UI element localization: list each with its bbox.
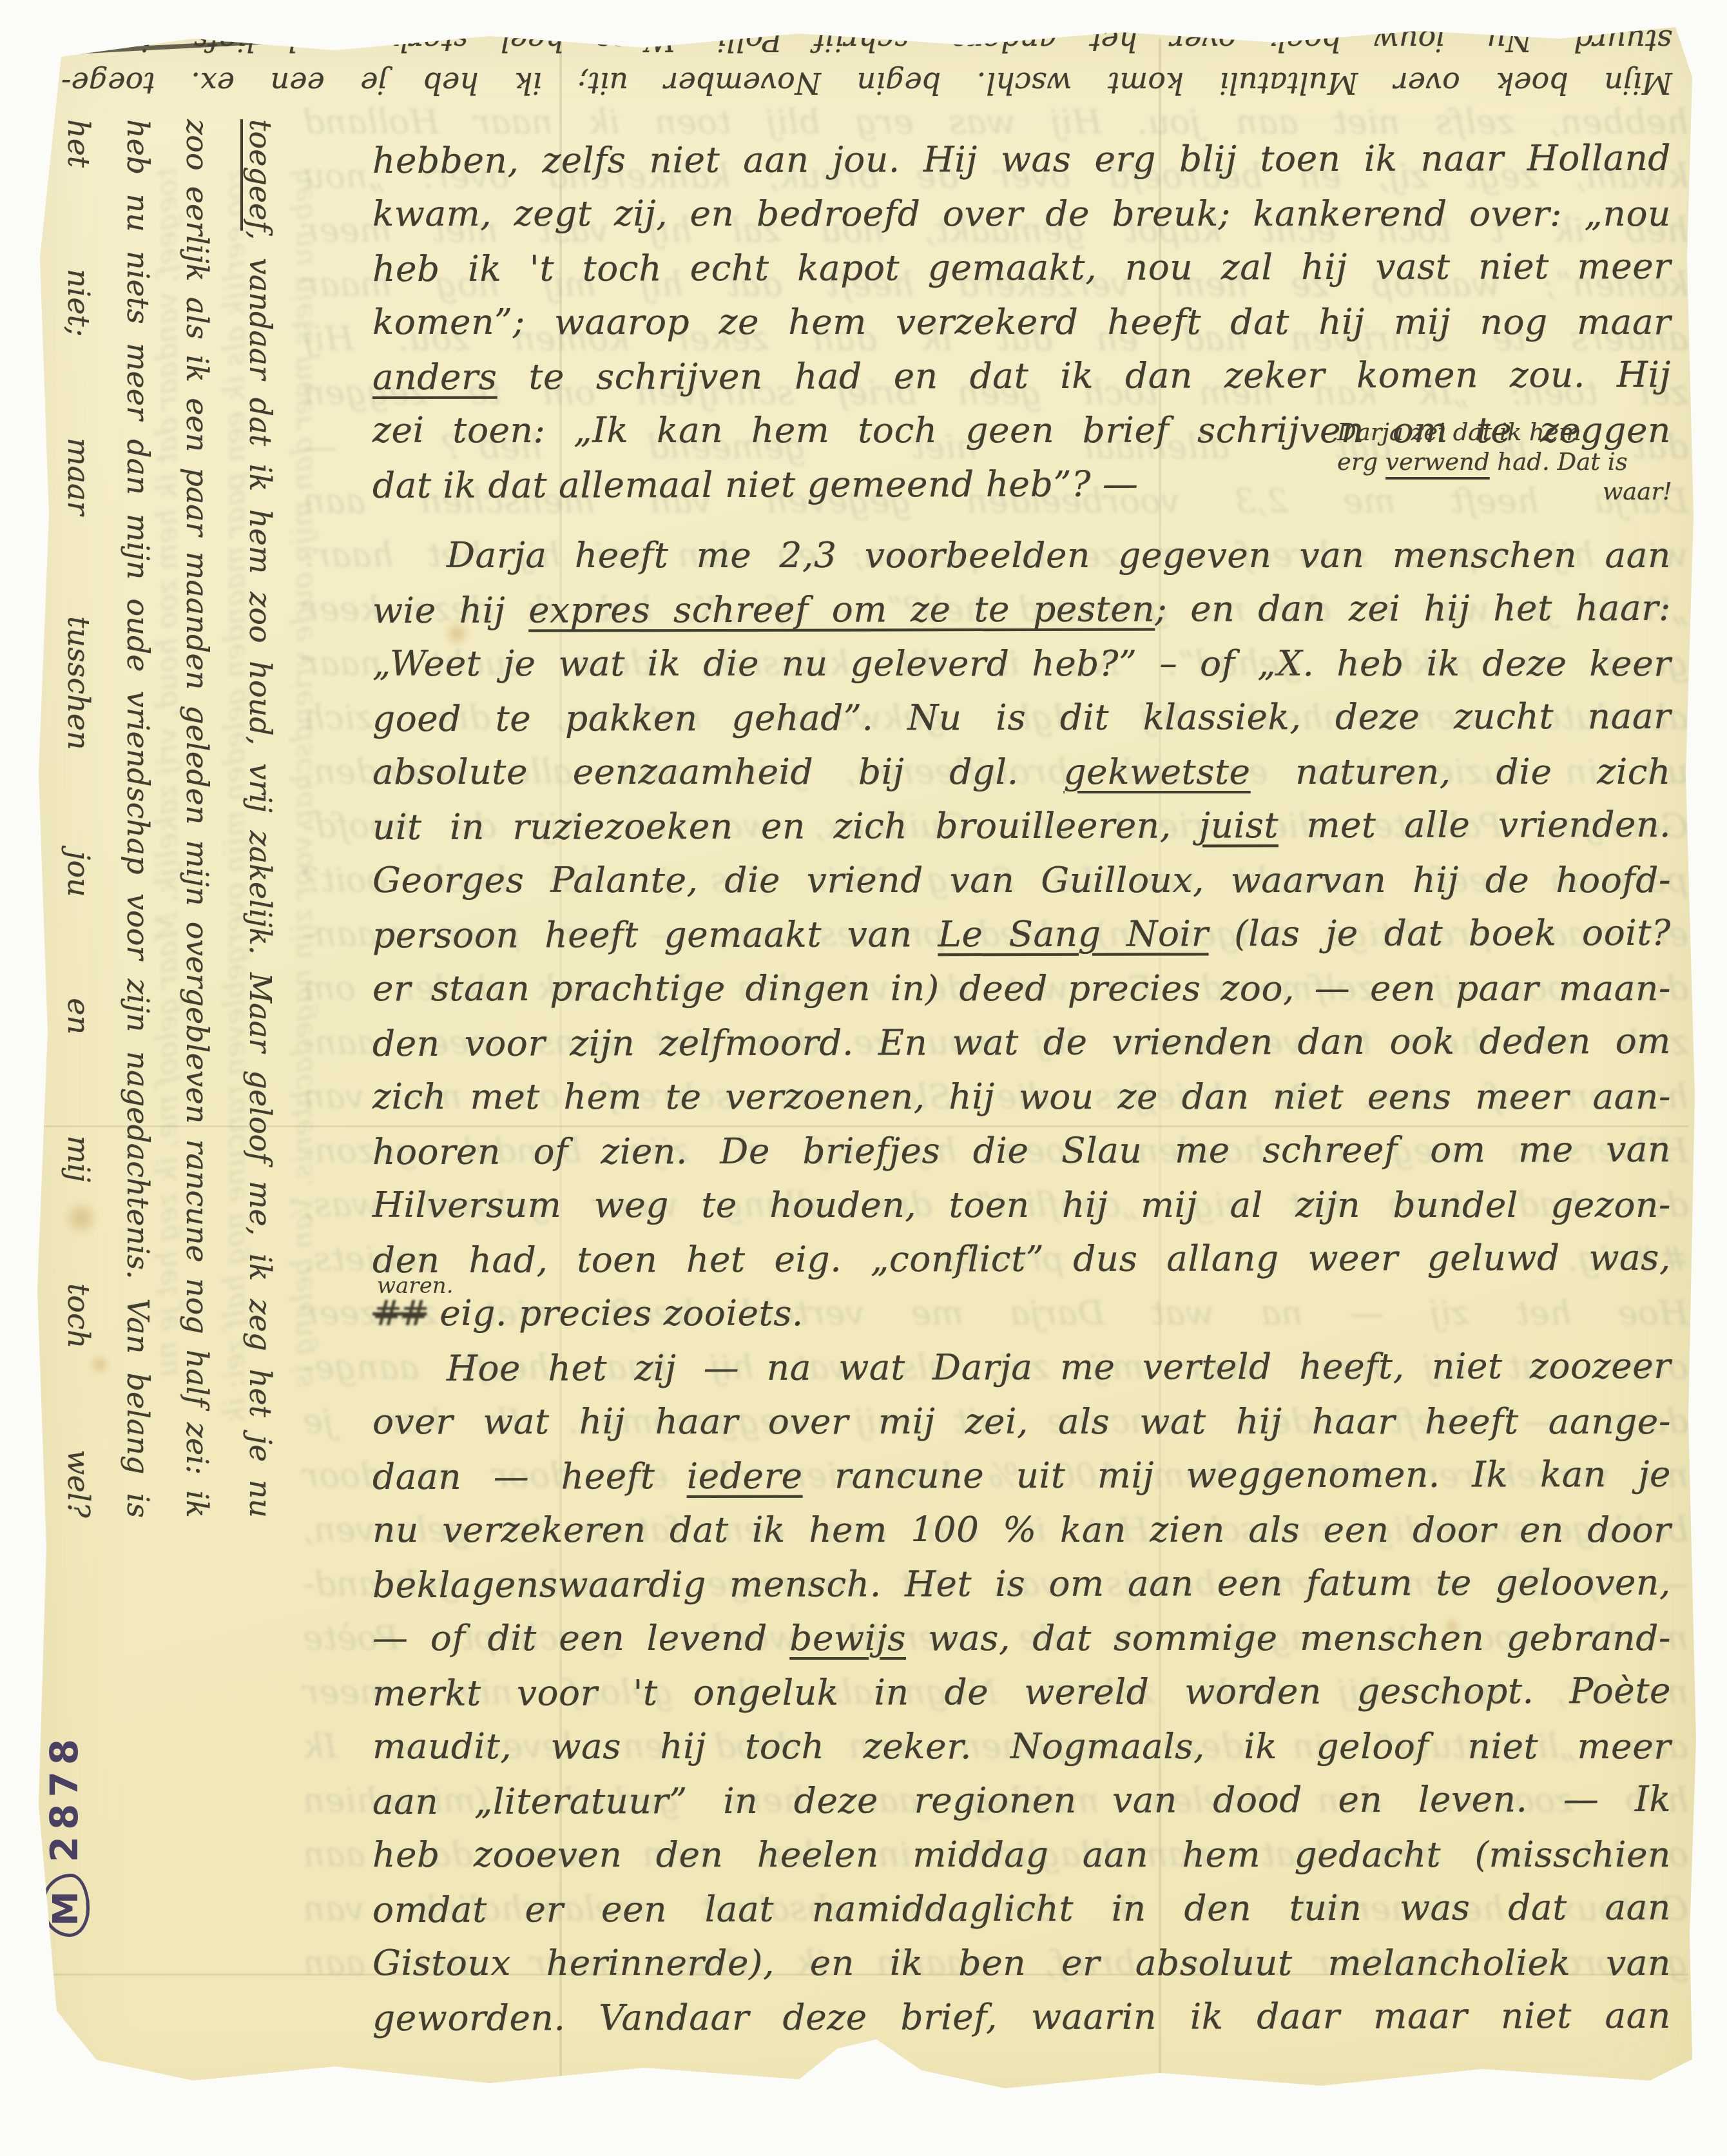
interlinear-note: Darja zei dat ik hemerg verwend had. Dat… xyxy=(1337,418,1708,507)
letter-line-30: maudit, was hij toch zeker. Nogmaals, ik… xyxy=(372,1719,1671,1773)
text-segment: maudit, was hij toch zeker. Nogmaals, ik… xyxy=(372,1725,1671,1767)
text-segment: naturen, die zich xyxy=(1251,751,1671,792)
underlined-phrase: verwend xyxy=(1385,448,1490,476)
text-segment: goed te pakken gehad”. Nu is dit klassie… xyxy=(372,695,1671,739)
letter-line-34: Gistoux herinnerde), en ik ben er absolu… xyxy=(372,1936,1671,1990)
text-segment: heb nu niets meer dan mijn oude vriendsc… xyxy=(121,119,155,1518)
text-segment: te schrijven had en dat ik dan zeker kom… xyxy=(497,354,1671,398)
letter-line-12: absolute eenzaamheid bij dgl. gekwetste … xyxy=(372,744,1671,799)
letter-line-32: heb zooeven den heelen middag aan hem ge… xyxy=(372,1827,1671,1881)
letter-line-23: Hoe het zij — na wat Darja me verteld he… xyxy=(372,1339,1671,1395)
letter-line-18: zich met hem te verzoenen, hij wou ze da… xyxy=(372,1069,1671,1123)
text-segment: den had, toen het eig. „conflict” dus al… xyxy=(372,1237,1671,1281)
underlined-phrase: expres schreef om ze te pesten xyxy=(528,588,1155,631)
text-segment: wie hij xyxy=(372,590,528,632)
text-segment: absolute eenzaamheid bij dgl. xyxy=(372,751,1063,792)
text-segment: erg xyxy=(1337,448,1385,476)
archive-stamp-monogram: M xyxy=(42,1874,90,1937)
text-segment: komen”; waarop ze hem verzekerd heeft da… xyxy=(372,301,1671,342)
archive-stamp: M2878 xyxy=(37,1544,92,1937)
letter-line-28: — of dit een levend bewijs was, dat somm… xyxy=(372,1611,1671,1665)
left-margin-line-1: toegeef, vandaar dat ik hem zoo houd, vr… xyxy=(231,119,290,1518)
text-segment: — of dit een levend xyxy=(372,1617,789,1658)
text-segment: zich met hem te verzoenen, hij wou ze da… xyxy=(372,1076,1671,1117)
text-segment: aan „literatuur” in deze regionen van do… xyxy=(372,1778,1671,1822)
left-margin-line-2: zoo eerlijk als ik een paar maanden gele… xyxy=(168,119,227,1518)
interlinear-note-line-2: erg verwend had. Dat is xyxy=(1337,447,1708,477)
text-segment: hebben, zelfs niet aan jou. Hij was erg … xyxy=(372,137,1671,181)
letter-line-25: daan — heeft iedere rancune uit mij wegg… xyxy=(372,1447,1671,1504)
letter-line-26: nu verzekeren dat ik hem 100 % kan zien … xyxy=(372,1502,1671,1557)
letter-line-5: anders te schrijven had en dat ik dan ze… xyxy=(372,347,1671,404)
archive-stamp-number: 2878 xyxy=(43,1733,86,1862)
letter-line-4: komen”; waarop ze hem verzekerd heeft da… xyxy=(372,295,1671,349)
text-segment: persoon heeft gemaakt van xyxy=(372,913,938,956)
text-segment: Hilversum weg te houden, toen hij mij al… xyxy=(372,1184,1671,1225)
letter-line-10: „Weet je wat ik die nu geleverd heb?” – … xyxy=(372,636,1671,690)
interlinear-note-line-1: Darja zei dat ik hem xyxy=(1337,418,1708,447)
text-segment: met alle vrienden. xyxy=(1278,804,1671,846)
text-segment: merkt voor 't ongeluk in de wereld worde… xyxy=(372,1670,1671,1714)
text-segment: , vandaar dat ik hem zoo houd, vrij zake… xyxy=(243,231,278,1518)
letter-line-33: omdat er een laat namiddaglicht in den t… xyxy=(372,1880,1671,1937)
text-segment: ; en dan zei hij het haar: xyxy=(1155,587,1671,630)
interlinear-note-line-3: waar! xyxy=(1337,477,1708,507)
text-segment: hooren of zien. De briefjes die Slau me … xyxy=(372,1129,1671,1172)
text-segment: den voor zijn zelfmoord. En wat de vrien… xyxy=(372,1020,1671,1064)
letter-line-35: geworden. Vandaar deze brief, waarin ik … xyxy=(372,1988,1671,2045)
text-segment: Georges Palante, die vriend van Guilloux… xyxy=(372,859,1671,900)
letter-line-29: merkt voor 't ongeluk in de wereld worde… xyxy=(372,1664,1671,1720)
letter-line-22: ##eig. precies zooiets. xyxy=(372,1286,1671,1340)
top-margin-note-inner: Mijn boek over Multatuli komt wschl. beg… xyxy=(61,62,1672,104)
underlined-phrase: toegeef xyxy=(243,119,278,231)
text-segment: daan — heeft xyxy=(372,1455,687,1497)
text-segment: nu verzekeren dat ik hem 100 % kan zien … xyxy=(372,1509,1671,1550)
text-segment: heb zooeven den heelen middag aan hem ge… xyxy=(372,1834,1671,1875)
underlined-phrase: anders xyxy=(372,356,497,398)
text-segment: Hoe het zij — na wat Darja me verteld he… xyxy=(447,1345,1671,1389)
underlined-phrase: juist xyxy=(1199,804,1278,846)
letter-line-20: Hilversum weg te houden, toen hij mij al… xyxy=(372,1178,1671,1232)
underlined-phrase: gekwetste xyxy=(1063,751,1250,792)
text-segment: had. Dat is xyxy=(1490,448,1628,476)
letter-line-15: persoon heeft gemaakt van Le Sang Noir (… xyxy=(372,906,1671,962)
text-segment: was, dat sommige menschen gebrand- xyxy=(906,1617,1671,1658)
text-segment: geworden. Vandaar deze brief, waarin ik … xyxy=(372,1995,1671,2039)
text-segment: heb ik 't toch echt kapot gemaakt, nou z… xyxy=(372,246,1671,289)
top-margin-note-outer: stuurd. Nu, jouw boek over het andere: s… xyxy=(61,19,1672,62)
text-segment: zoo eerlijk als ik een paar maanden gele… xyxy=(180,119,215,1518)
text-segment: er staan prachtige dingen in) deed preci… xyxy=(372,967,1671,1009)
letter-line-21: den had, toen het eig. „conflict” dus al… xyxy=(372,1230,1671,1287)
letter-line-27: beklagenswaardig mensch. Het is om aan e… xyxy=(372,1555,1671,1612)
text-segment: Gistoux herinnerde), en ik ben er absolu… xyxy=(372,1942,1671,1983)
letter-line-24: over wat hij haar over mij zei, als wat … xyxy=(372,1394,1671,1448)
text-segment: over wat hij haar over mij zei, als wat … xyxy=(372,1401,1671,1442)
letter-line-31: aan „literatuur” in deze regionen van do… xyxy=(372,1772,1671,1829)
letter-line-9: wie hij expres schreef om ze te pesten; … xyxy=(372,581,1671,637)
underlined-phrase: Le Sang Noir xyxy=(938,913,1208,955)
letter-line-19: hooren of zien. De briefjes die Slau me … xyxy=(372,1122,1671,1179)
letter-line-2: kwam, zegt zij, en bedroefd over de breu… xyxy=(372,186,1671,240)
text-segment: Darja zei dat ik hem xyxy=(1337,418,1581,446)
letter-line-3: heb ik 't toch echt kapot gemaakt, nou z… xyxy=(372,239,1671,296)
letter-line-1: hebben, zelfs niet aan jou. Hij was erg … xyxy=(372,131,1671,188)
text-segment: rancune uit mij weggenomen. Ik kan je xyxy=(802,1453,1671,1497)
scan-canvas: { "colors": { "paper": "#f3ebc0", "ink":… xyxy=(0,0,1727,2156)
left-margin-line-4: het niet; maar tusschen jou en mij toch … xyxy=(49,119,108,1518)
letter-line-16: er staan prachtige dingen in) deed preci… xyxy=(372,961,1671,1015)
text-segment: waar! xyxy=(1603,478,1672,505)
text-segment: beklagenswaardig mensch. Het is om aan e… xyxy=(372,1562,1671,1606)
left-margin-line-3: heb nu niets meer dan mijn oude vriendsc… xyxy=(108,119,168,1518)
underlined-phrase: bewijs xyxy=(789,1617,906,1658)
text-segment: uit in ruziezoeken en zich brouilleeren, xyxy=(372,804,1199,848)
text-segment: kwam, zegt zij, en bedroefd over de breu… xyxy=(372,193,1671,234)
text-segment: „Weet je wat ik die nu geleverd heb?” – … xyxy=(372,643,1671,684)
text-segment: (las je dat boek ooit? xyxy=(1208,912,1671,955)
letter-paper-sheet: hebben, zelfs niet aan jou. Hij was erg … xyxy=(0,0,1727,2156)
underlined-phrase: iedere xyxy=(687,1455,803,1497)
text-segment: omdat er een laat namiddaglicht in den t… xyxy=(372,1887,1671,1930)
text-segment: Darja heeft me 2,3 voorbeelden gegeven v… xyxy=(447,534,1671,576)
letter-line-11: goed te pakken gehad”. Nu is dit klassie… xyxy=(372,689,1671,746)
text-segment: eig. precies zooiets. xyxy=(439,1292,804,1334)
text-segment: het niet; maar tusschen jou en mij toch … xyxy=(61,119,96,1518)
letter-line-17: den voor zijn zelfmoord. En wat de vrien… xyxy=(372,1014,1671,1071)
letter-line-14: Georges Palante, die vriend van Guilloux… xyxy=(372,853,1671,907)
text-segment: dat ik dat allemaal niet gemeend heb”? — xyxy=(372,463,1139,506)
interlinear-correction: waren. xyxy=(377,1273,453,1299)
letter-line-13: uit in ruziezoeken en zich brouilleeren,… xyxy=(372,797,1671,854)
letter-line-8: Darja heeft me 2,3 voorbeelden gegeven v… xyxy=(372,528,1671,582)
